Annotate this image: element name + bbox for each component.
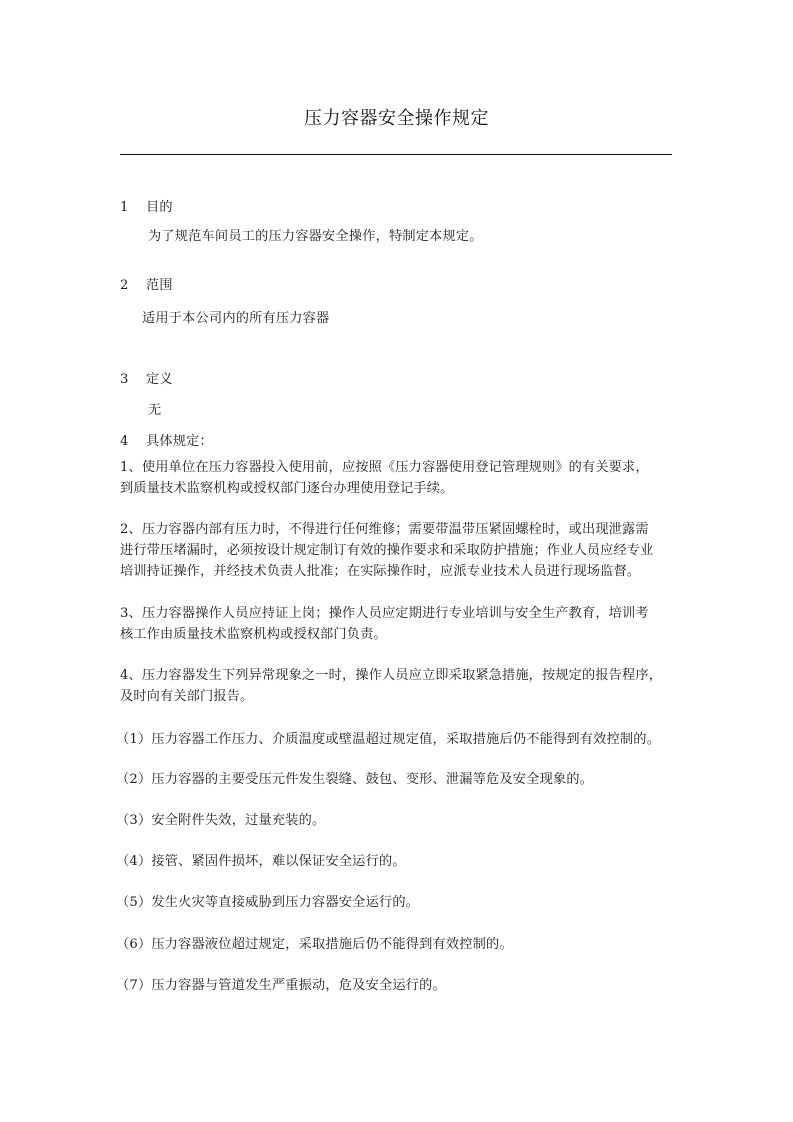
rule-3: 3、压力容器操作人员应持证上岗；操作人员应定期进行专业培训与安全生产教育，培训考… [120, 603, 674, 645]
section-heading-text: 定义 [146, 372, 173, 387]
rule-4: 4、压力容器发生下列异常现象之一时，操作人员应立即采取紧急措施，按规定的报告程序… [120, 665, 674, 707]
rule-line: 2、压力容器内部有压力时，不得进行任何维修；需要带温带压紧固螺栓时，或出现泄露需 [120, 519, 674, 540]
rule-line: 及时向有关部门报告。 [120, 686, 674, 707]
section-3-body: 无 [148, 401, 161, 421]
rule-1: 1、使用单位在压力容器投入使用前，应按照《压力容器使用登记管理规则》的有关要求，… [120, 457, 674, 499]
section-number: 4 [120, 432, 146, 452]
section-heading-text: 范围 [146, 278, 173, 293]
section-1-heading: 1目的 [120, 198, 173, 218]
condition-3: （3）安全附件失效，过量充装的。 [116, 811, 325, 831]
section-number: 3 [120, 370, 146, 390]
rule-line: 培训持证操作，并经技术负责人批准；在实际操作时，应派专业技术人员进行现场监督。 [120, 561, 674, 582]
condition-4: （4）接管、紧固件损坏，难以保证安全运行的。 [116, 852, 406, 872]
rule-2: 2、压力容器内部有压力时，不得进行任何维修；需要带温带压紧固螺栓时，或出现泄露需… [120, 519, 674, 582]
condition-6: （6）压力容器液位超过规定，采取措施后仍不能得到有效控制的。 [116, 935, 513, 955]
section-4-heading: 4具体规定： [120, 432, 213, 452]
section-number: 1 [120, 198, 146, 218]
condition-7: （7）压力容器与管道发生严重振动，危及安全运行的。 [116, 976, 446, 996]
rule-line: 1、使用单位在压力容器投入使用前，应按照《压力容器使用登记管理规则》的有关要求， [120, 457, 674, 478]
rule-line: 4、压力容器发生下列异常现象之一时，操作人员应立即采取紧急措施，按规定的报告程序… [120, 665, 674, 686]
rule-line: 进行带压堵漏时，必须按设计规定制订有效的操作要求和采取防护措施；作业人员应经专业 [120, 540, 674, 561]
rule-line: 到质量技术监察机构或授权部门逐台办理使用登记手续。 [120, 478, 674, 499]
section-2-body: 适用于本公司内的所有压力容器 [142, 309, 329, 329]
condition-1: （1）压力容器工作压力、介质温度或壁温超过规定值，采取措施后仍不能得到有效控制的… [116, 730, 660, 750]
section-heading-text: 具体规定： [146, 434, 213, 449]
section-1-body: 为了规范车间员工的压力容器安全操作，特制定本规定。 [148, 227, 483, 247]
page-title: 压力容器安全操作规定 [0, 104, 793, 130]
rule-line: 核工作由质量技术监察机构或授权部门负责。 [120, 624, 674, 645]
condition-5: （5）发生火灾等直接威胁到压力容器安全运行的。 [116, 893, 419, 913]
title-divider [120, 154, 672, 155]
section-heading-text: 目的 [146, 200, 173, 215]
rule-line: 3、压力容器操作人员应持证上岗；操作人员应定期进行专业培训与安全生产教育，培训考 [120, 603, 674, 624]
section-2-heading: 2范围 [120, 276, 173, 296]
section-3-heading: 3定义 [120, 370, 173, 390]
condition-2: （2）压力容器的主要受压元件发生裂缝、鼓包、变形、泄漏等危及安全现象的。 [116, 770, 593, 790]
section-number: 2 [120, 276, 146, 296]
